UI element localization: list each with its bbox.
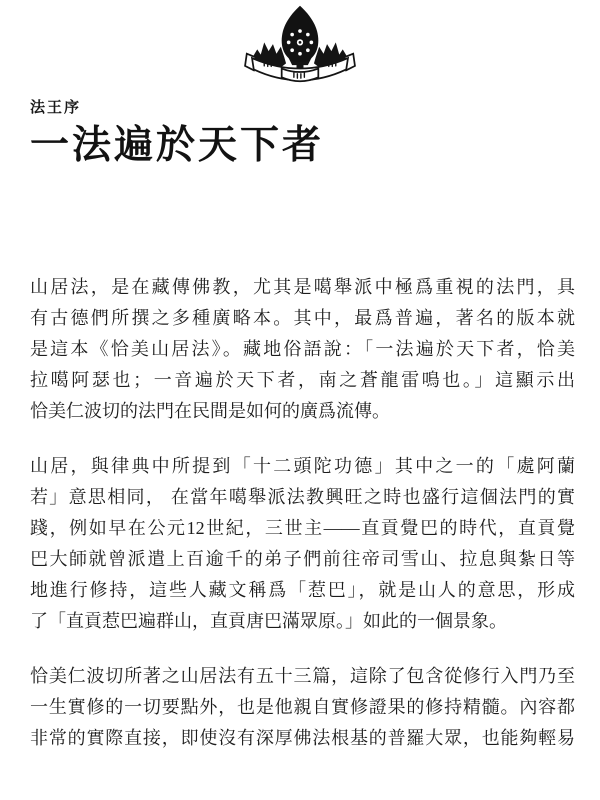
section-label: 法王序 (30, 96, 575, 117)
text-line: 恰美仁波切所著之山居法有五十三篇，這除了包含從修行入門乃至 (30, 661, 575, 692)
page-title: 一法遍於天下者 (30, 125, 575, 168)
text-line: 了「直貢惹巴遍群山，直貢唐巴滿眾原。」如此的一個景象。 (30, 606, 575, 637)
page-header: 法王序 一法遍於天下者 (30, 96, 575, 168)
text-line: 有古德們所撰之多種廣略本。其中，最爲普遍，著名的版本就 (30, 303, 575, 334)
text-line: 一生實修的一切要點外，也是他親自實修證果的修持精髓。內容都 (30, 692, 575, 723)
text-line: 地進行修持，這些人藏文稱爲「惹巴」，就是山人的意思，形成 (30, 575, 575, 606)
publisher-emblem (0, 4, 600, 86)
text-line: 踐，例如早在公元12世紀，三世主——直貢覺巴的時代，直貢覺 (30, 513, 575, 544)
paragraph-1: 山居法，是在藏傳佛教，尤其是噶舉派中極爲重視的法門，具 有古德們所撰之多種廣略本… (30, 272, 575, 427)
text-line: 巴大師就曾派遣上百逾千的弟子們前往帝司雪山、拉息與紮日等 (30, 544, 575, 575)
text-line: 是這本《恰美山居法》。藏地俗語說：「一法遍於天下者，恰美 (30, 334, 575, 365)
text-line: 恰美仁波切的法門在民間是如何的廣爲流傳。 (30, 396, 575, 427)
text-line: 非常的實際直接，即使沒有深厚佛法根基的普羅大眾，也能夠輕易 (30, 723, 575, 754)
text-line: 拉噶阿瑟也；一音遍於天下者，南之蒼龍雷鳴也。」這顯示出 (30, 365, 575, 396)
body-text: 山居法，是在藏傳佛教，尤其是噶舉派中極爲重視的法門，具 有古德們所撰之多種廣略本… (30, 272, 575, 778)
paragraph-3: 恰美仁波切所著之山居法有五十三篇，這除了包含從修行入門乃至 一生實修的一切要點外… (30, 661, 575, 754)
book-page: 法王序 一法遍於天下者 山居法，是在藏傳佛教，尤其是噶舉派中極爲重視的法門，具 … (0, 0, 600, 800)
text-line: 山居法，是在藏傳佛教，尤其是噶舉派中極爲重視的法門，具 (30, 272, 575, 303)
text-line: 山居，與律典中所提到「十二頭陀功德」其中之一的「處阿蘭 (30, 451, 575, 482)
dharma-seal-emblem-icon (243, 4, 357, 86)
text-line: 若」意思相同， 在當年噶舉派法教興旺之時也盛行這個法門的實 (30, 482, 575, 513)
paragraph-2: 山居，與律典中所提到「十二頭陀功德」其中之一的「處阿蘭 若」意思相同， 在當年噶… (30, 451, 575, 637)
